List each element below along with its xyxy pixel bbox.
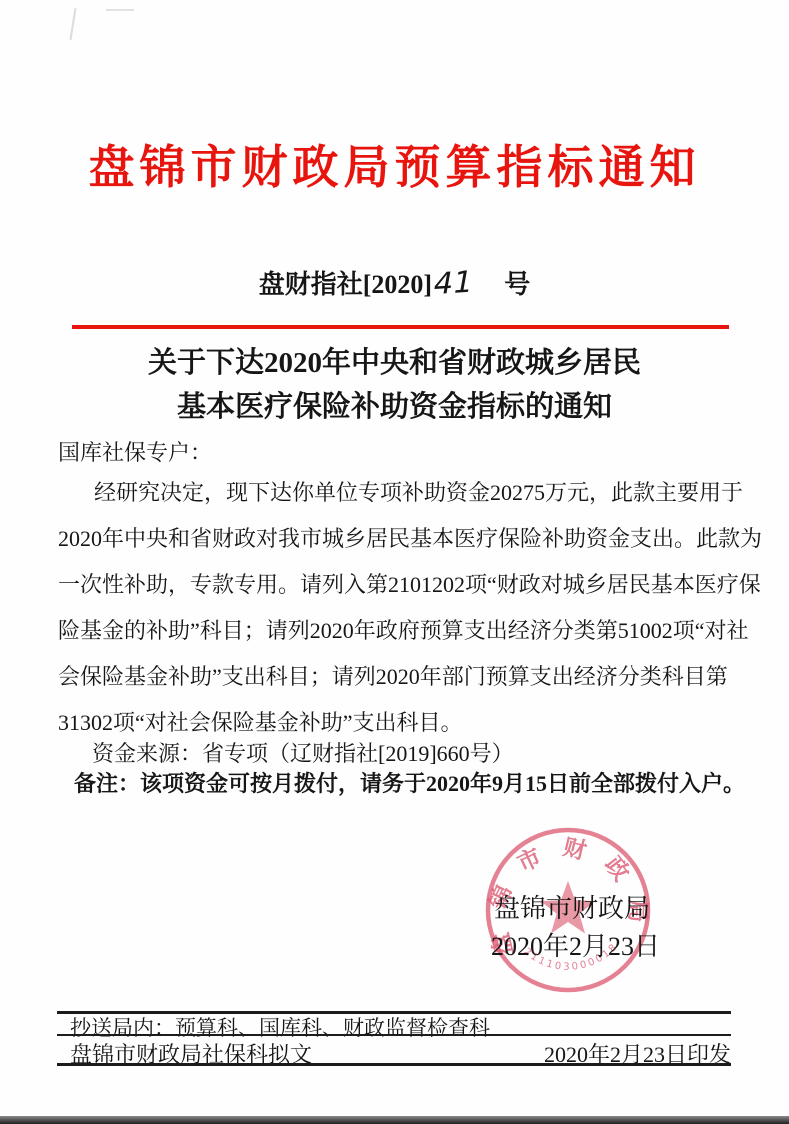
salutation: 国库社保专户： [58,436,758,467]
body-line: 31302项“对社会保险基金补助”支出科目。 [58,706,758,737]
scan-edge-artifact [0,1116,789,1124]
red-divider-rule [72,325,729,329]
subject-title-line1: 关于下达2020年中央和省财政城乡居民 [0,341,789,385]
footer-rule-bottom [57,1063,731,1066]
body-line: 经研究决定，现下达你单位专项补助资金20275万元，此款主要用于 [58,476,789,507]
scan-smudge-artifact [106,9,134,11]
document-number-suffix: 号 [504,270,530,299]
body-line: 一次性补助，专款专用。请列入第2101202项“财政对城乡居民基本医疗保 [58,568,758,599]
remark-line: 备注：该项资金可按月拨付，请务于2020年9月15日前全部拨付入户。 [74,767,745,798]
funding-source-line: 资金来源：省专项（辽财指社[2019]660号） [92,737,514,768]
scan-smudge-artifact [70,8,77,40]
subject-title-line2: 基本医疗保险补助资金指标的通知 [0,385,789,429]
subject-title: 关于下达2020年中央和省财政城乡居民 基本医疗保险补助资金指标的通知 [0,341,789,429]
signature-organization: 盘锦市财政局 [494,888,650,925]
body-line: 会保险基金补助”支出科目；请列2020年部门预算支出经济分类科目第 [58,660,758,691]
official-document-page: 盘锦市财政局预算指标通知 盘财指社[2020]41号 关于下达2020年中央和省… [0,0,789,1124]
footer-rule-middle [57,1034,731,1036]
signature-date: 2020年2月23日 [491,926,660,963]
body-line: 险基金的补助”科目；请列2020年政府预算支出经济分类第51002项“对社 [58,614,758,645]
handwritten-number: 41 [431,265,476,303]
body-line: 2020年中央和省财政对我市城乡居民基本医疗保险补助资金支出。此款为 [58,522,758,553]
document-number: 盘财指社[2020]41号 [0,264,789,301]
document-number-prefix: 盘财指社[2020] [259,270,432,299]
document-title: 盘锦市财政局预算指标通知 [0,131,789,197]
